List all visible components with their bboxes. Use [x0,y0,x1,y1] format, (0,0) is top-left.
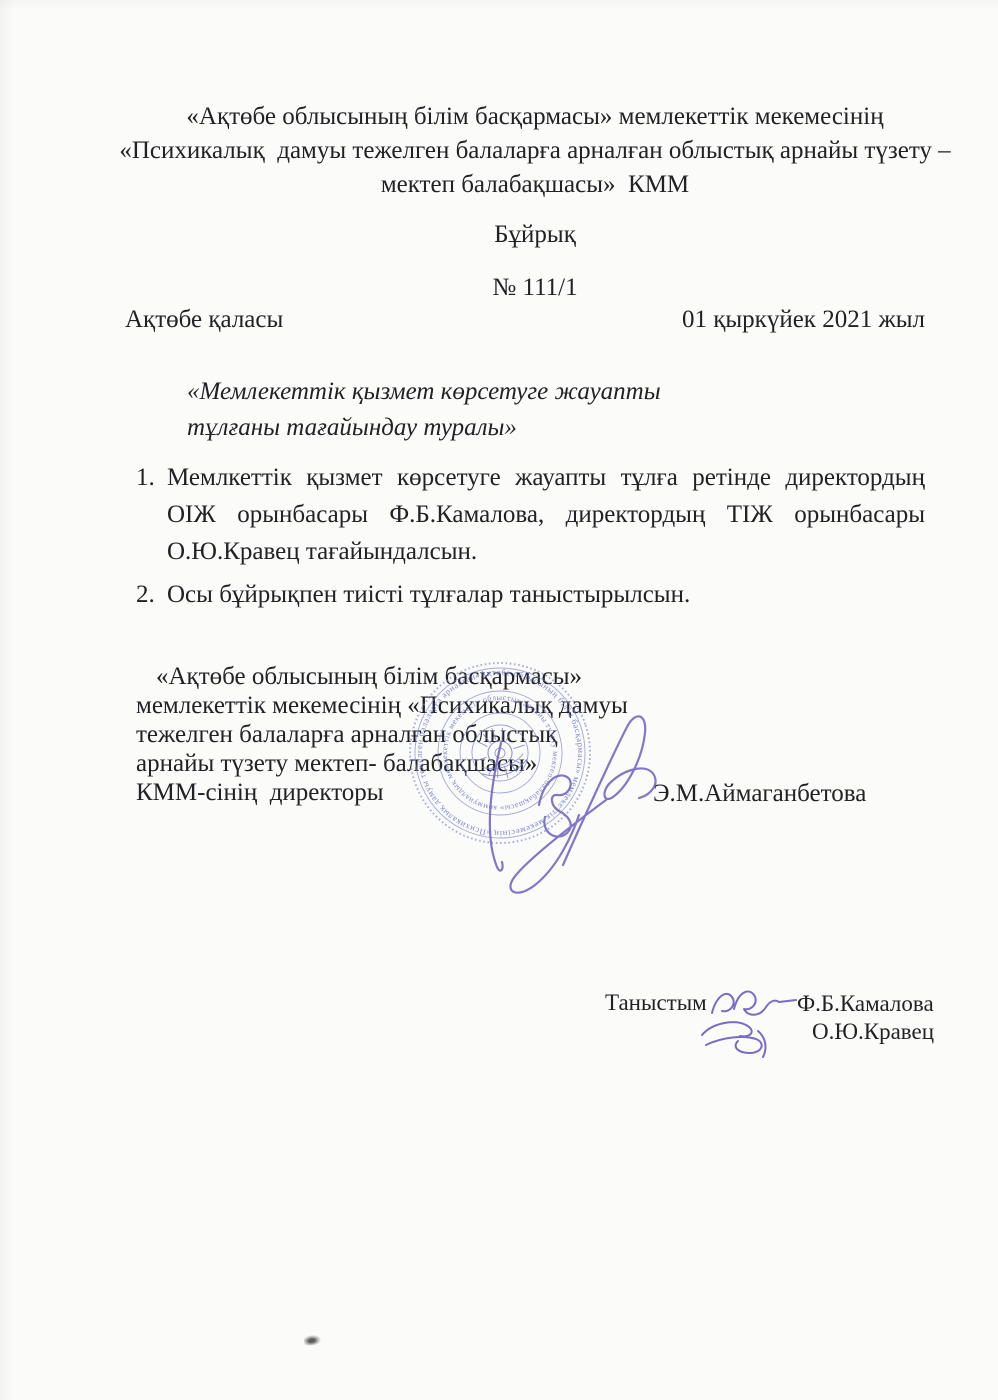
order-date: 01 қыркүйек 2021 жыл [682,306,925,334]
item-1-number: 1. [136,459,155,496]
header-line-1: «Ақтөбе облысының білім басқармасы» мемл… [100,100,970,134]
scan-smudge-mark [303,1334,321,1346]
item-2-number: 2. [136,576,155,613]
document-header: «Ақтөбе облысының білім басқармасы» мемл… [100,100,970,202]
document-page: «Ақтөбе облысының білім басқармасы» мемл… [0,0,998,1400]
item-2-text: Осы бұйрықпен тиісті тұлғалар таныстырыл… [167,576,925,613]
subject-line-1: «Мемлекеттік қызмет көрсетуге жауапты [187,374,661,410]
order-title: Бұйрық [100,221,970,249]
order-item-1: 1. Мемлкеттік қызмет көрсетуге жауапты т… [167,459,925,570]
acknowledgement-name-kravets: О.Ю.Кравец [812,1019,934,1045]
acknowledgement-name-kamalova: Ф.Б.Камалова [797,991,934,1017]
item-1-text: Мемлкеттік қызмет көрсетуге жауапты тұлғ… [167,459,925,570]
header-line-2: «Психикалық дамуы тежелген балаларға арн… [100,134,970,168]
director-signature [455,665,805,905]
order-number: № 111/1 [100,274,970,302]
order-item-2: 2. Осы бұйрықпен тиісті тұлғалар танысты… [167,576,925,613]
subject-quote: «Мемлекеттік қызмет көрсетуге жауапты тұ… [187,374,661,446]
subject-line-2: тұлғаны тағайындау туралы» [187,410,661,446]
acknowledgement-signatures [682,975,812,1070]
header-line-3: мектеп балабақшасы» КММ [100,168,970,202]
city-label: Ақтөбе қаласы [125,306,283,334]
